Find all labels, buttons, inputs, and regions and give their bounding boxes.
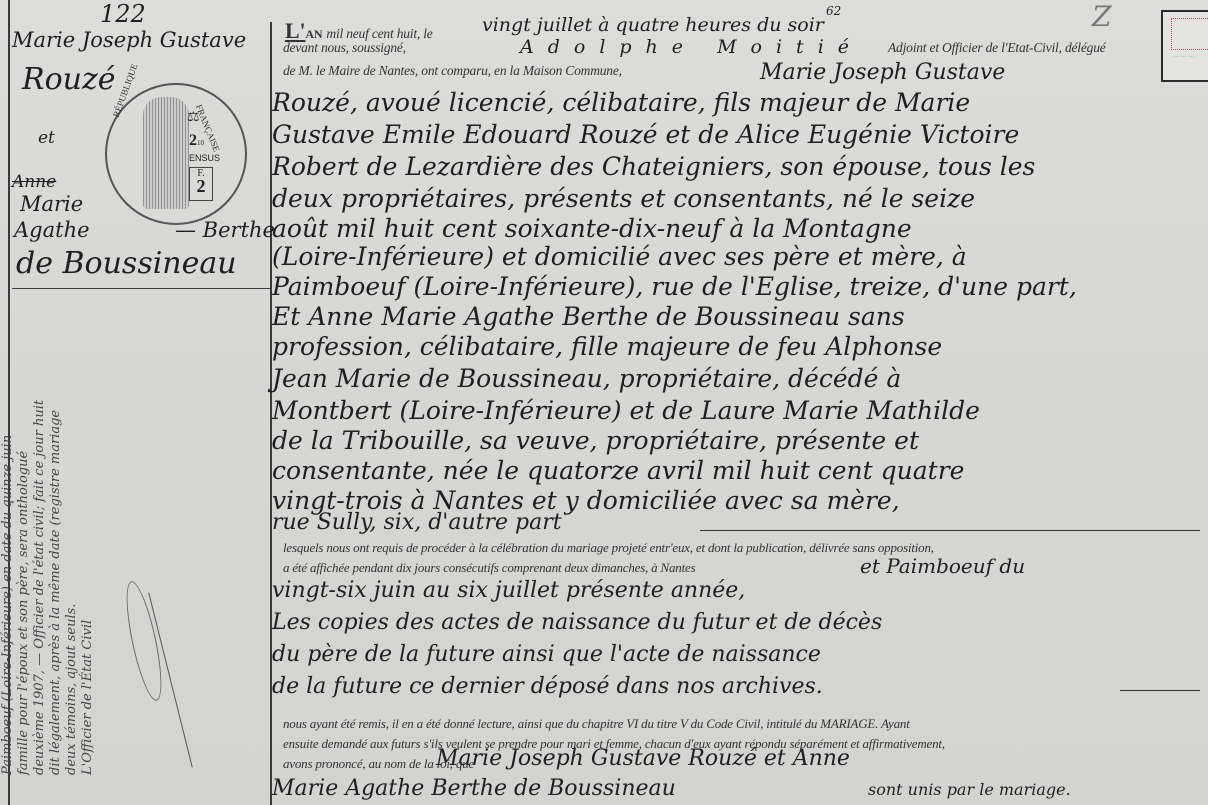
stamp-census: ENSUS	[189, 153, 220, 163]
stamp-price-value: 2	[189, 132, 197, 149]
copies-line-1: Les copies des actes de naissance du fut…	[272, 610, 882, 635]
maire-text: de M. le Maire de Nantes, ont comparu, e…	[283, 63, 622, 79]
entry-number: 122	[100, 0, 146, 28]
margin-note-line: L'Officier de l'État Civil	[80, 305, 96, 805]
margin-note-line: deux témoins, ajout seuls.	[64, 305, 80, 805]
stamp-price-fraction: 10	[197, 139, 204, 147]
publication-text-2: a été affichée pendant dix jours consécu…	[283, 560, 695, 576]
year-text: mil neuf cent huit, le	[326, 26, 432, 41]
margin-note-line: Paimboeuf (Loire-Inférieure) en date du …	[0, 305, 16, 805]
margin-bride-given-2: Agathe	[14, 218, 90, 242]
body-line-13: de la Tribouille, sa veuve, propriétaire…	[272, 426, 919, 455]
body-line-1: Marie Joseph Gustave	[760, 60, 1005, 85]
final-line-1: Marie Joseph Gustave Rouzé et Anne	[436, 746, 850, 771]
page-thumbnail[interactable]: ··· ··· ···	[1161, 10, 1208, 82]
adjoint-text: Adjoint et Officier de l'Etat-Civil, dél…	[888, 40, 1106, 56]
publication-text-1: lesquels nous ont requis de procéder à l…	[283, 540, 934, 556]
tax-stamp: RÉPUBLIQUE FRANÇAISE ⚖ 210 ENSUS F. 2	[105, 83, 247, 225]
copies-line-3: de la future ce dernier déposé dans nos …	[272, 674, 823, 699]
margin-bride-surname: de Boussineau	[16, 246, 237, 281]
margin-note-line: dit légalement, après à la même date (re…	[48, 305, 64, 805]
stamp-price: 210	[189, 133, 204, 149]
thumbnail-selection	[1171, 18, 1208, 50]
line-filler	[700, 530, 1200, 531]
body-line-14: consentante, née le quatorze avril mil h…	[272, 456, 964, 485]
body-line-12: Montbert (Loire-Inférieure) et de Laure …	[272, 396, 980, 425]
date-superscript: 62	[826, 4, 841, 18]
body-line-9: Et Anne Marie Agathe Berthe de Boussinea…	[272, 302, 905, 331]
margin-bride-struck-name: Anne	[12, 172, 56, 192]
stamp-franc-value: 2	[190, 180, 212, 192]
margin-groom-given-names: Marie Joseph Gustave	[12, 28, 246, 52]
handwritten-date: vingt juillet à quatre heures du soir	[482, 14, 824, 36]
stamp-franc-box: F. 2	[189, 167, 213, 201]
margin-note-line: deuxième 1907, — Officier de l'état civi…	[32, 305, 48, 805]
body-line-2: Rouzé, avoué licencié, célibataire, fils…	[272, 88, 970, 117]
margin-groom-surname: Rouzé	[22, 62, 116, 97]
margin-bride-given-1: Marie	[20, 192, 83, 216]
body-line-8: Paimboeuf (Loire-Inférieure), rue de l'E…	[272, 272, 1077, 301]
body-line-3: Gustave Emile Edouard Rouzé et de Alice …	[272, 120, 1019, 149]
body-line-6: août mil huit cent soixante-dix-neuf à l…	[272, 214, 912, 243]
publication-dates: vingt-six juin au six juillet présente a…	[272, 578, 745, 603]
body-line-5: deux propriétaires, présents et consenta…	[272, 184, 975, 213]
body-line-4: Robert de Lezardière des Chateigniers, s…	[272, 152, 1035, 181]
margin-note-line: famille pour l'époux et son père, sera o…	[16, 305, 32, 805]
margin-conjunction: et	[38, 128, 55, 148]
body-line-16: rue Sully, six, d'autre part	[272, 510, 562, 535]
body-line-10: profession, célibataire, fille majeure d…	[272, 332, 942, 361]
body-line-7: (Loire-Inférieure) et domicilié avec ses…	[272, 242, 967, 271]
thumbnail-text: ··· ··· ···	[1173, 54, 1194, 60]
publication-tail: et Paimboeuf du	[860, 554, 1025, 578]
margin-separator-rule	[12, 288, 270, 289]
line-filler	[1120, 690, 1200, 691]
closing-text-1: nous ayant été remis, il en a été donné …	[283, 716, 910, 732]
marianne-figure-icon	[143, 97, 189, 209]
an-label: AN	[305, 27, 322, 41]
devant-text: devant nous, soussigné,	[283, 40, 406, 56]
marginal-mark: Z	[1092, 0, 1111, 33]
body-line-11: Jean Marie de Boussineau, propriétaire, …	[272, 364, 901, 393]
register-page: 122 Marie Joseph Gustave Rouzé et Anne M…	[0, 0, 1208, 805]
scales-icon: ⚖	[187, 109, 200, 126]
copies-line-2: du père de la future ainsi que l'acte de…	[272, 642, 821, 667]
final-line-3: sont unis par le mariage.	[868, 780, 1071, 799]
margin-annotation: Paimboeuf (Loire-Inférieure) en date du …	[0, 305, 96, 805]
final-line-2: Marie Agathe Berthe de Boussineau	[272, 776, 676, 801]
officer-name: Adolphe Moitié	[520, 36, 863, 58]
